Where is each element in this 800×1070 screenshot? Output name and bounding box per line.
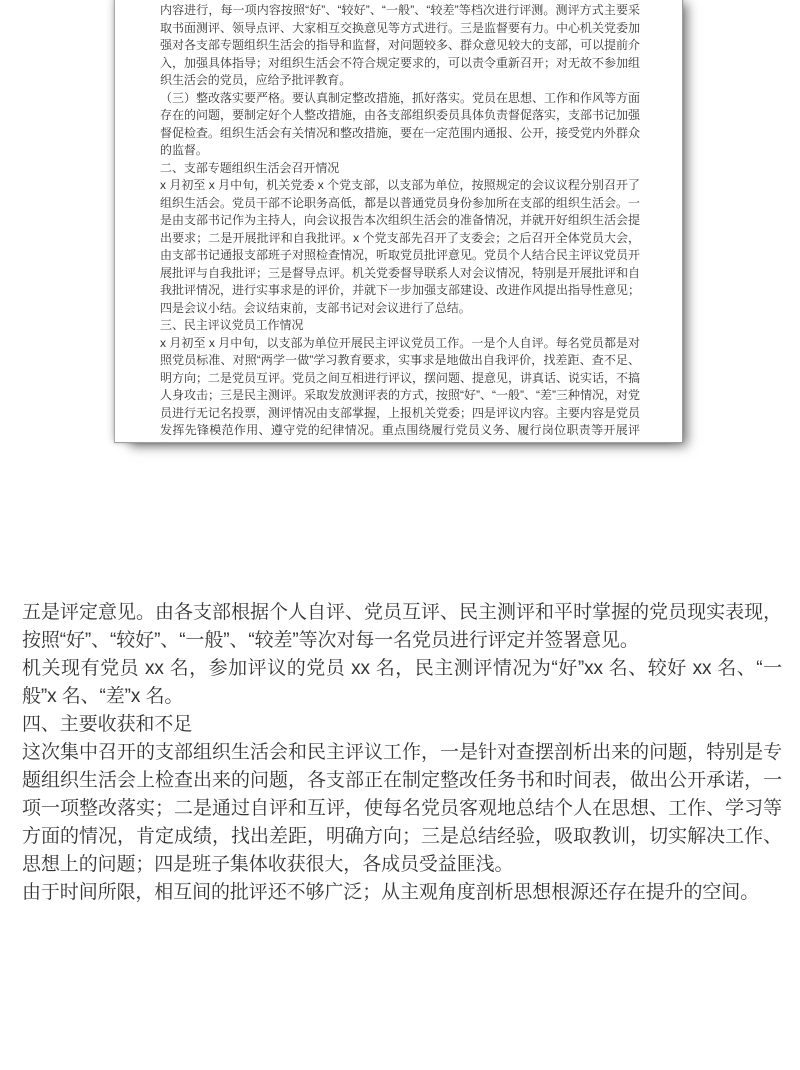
body-heading-section-4: 四、主要收获和不足 [22,711,782,739]
document-page-preview: 内容进行，每一项内容按照“好”、“较好”、“一般”、“较差”等档次进行评测。测评… [114,0,683,443]
body-paragraph-member-counts: 机关现有党员 xx 名，参加评议的党员 xx 名，民主测评情况为“好”xx 名、… [22,655,782,711]
body-paragraph-gains: 这次集中召开的支部组织生活会和民主评议工作，一是针对查摆剖析出来的问题，特别是专… [22,739,782,879]
body-paragraph-shortcomings: 由于时间所限，相互间的批评还不够广泛；从主观角度剖析思想根源还存在提升的空间。 [22,879,782,907]
doc-paragraph-branch-meetings: x 月初至 x 月中旬，机关党委 x 个党支部，以支部为单位，按照规定的会议议程… [160,177,640,317]
article-body-text: 五是评定意见。由各支部根据个人自评、党员互评、民主测评和平时掌握的党员现实表现，… [22,599,782,907]
doc-paragraph-evaluation-method: 内容进行，每一项内容按照“好”、“较好”、“一般”、“较差”等档次进行评测。测评… [160,2,640,90]
doc-heading-section-2: 二、支部专题组织生活会召开情况 [160,160,640,178]
doc-paragraph-rectification: （三）整改落实要严格。要认真制定整改措施，抓好落实。党员在思想、工作和作风等方面… [160,90,640,160]
doc-paragraph-democratic-review: x 月初至 x 月中旬，以支部为单位开展民主评议党员工作。一是个人自评。每名党员… [160,335,640,444]
body-paragraph-rating-opinion: 五是评定意见。由各支部根据个人自评、党员互评、民主测评和平时掌握的党员现实表现，… [22,599,782,655]
doc-heading-section-3: 三、民主评议党员工作情况 [160,317,640,335]
